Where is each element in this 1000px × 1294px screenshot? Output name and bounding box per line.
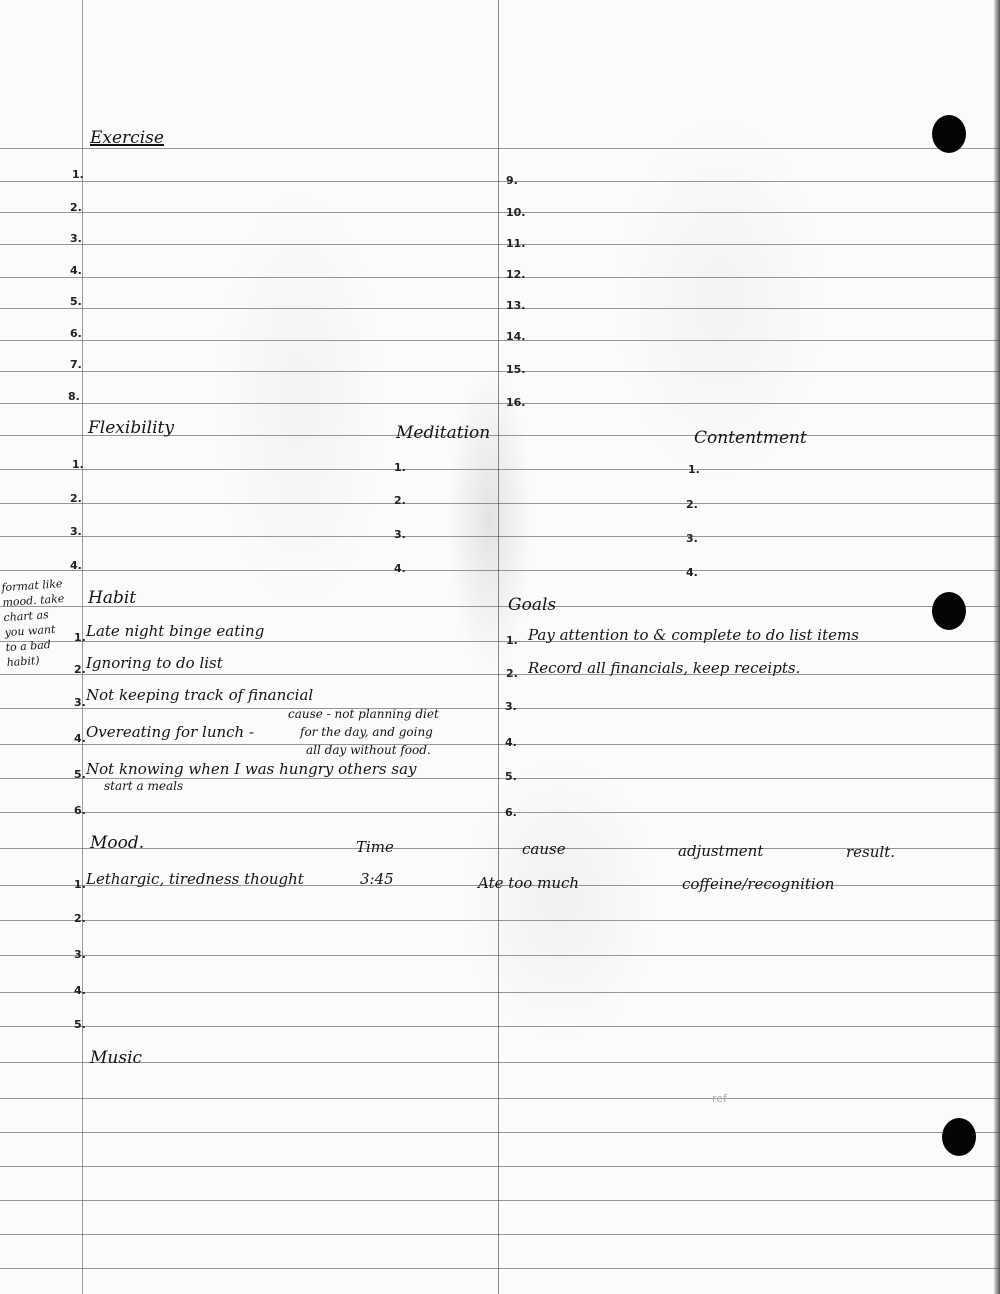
habit-note-line: all day without food. <box>306 744 431 756</box>
ruled-line <box>0 812 1000 813</box>
habit-number: 6. <box>74 804 86 817</box>
mood-column-adjustment: adjustment <box>678 844 763 859</box>
goals-item: Record all financials, keep receipts. <box>528 661 800 676</box>
exercise-heading: Exercise <box>90 130 164 147</box>
exercise-number: 2. <box>70 201 82 214</box>
ruled-line <box>0 148 1000 149</box>
faint-stamp: ref <box>712 1092 727 1105</box>
goals-heading: Goals <box>508 597 556 614</box>
exercise-number: 5. <box>70 295 82 308</box>
exercise-number: 7. <box>70 358 82 371</box>
exercise-number: 8. <box>68 390 80 403</box>
mood-row-number: 1. <box>74 878 86 891</box>
exercise-number: 11. <box>506 237 526 250</box>
habit-item: Ignoring to do list <box>86 656 223 671</box>
flexibility-number: 2. <box>70 492 82 505</box>
meditation-heading: Meditation <box>396 425 490 442</box>
meditation-number: 1. <box>394 461 406 474</box>
ruled-line <box>0 1268 1000 1269</box>
left-margin-line <box>82 0 83 1294</box>
ruled-line <box>0 308 1000 309</box>
mood-cell-time: 3:45 <box>360 872 394 887</box>
exercise-number: 14. <box>506 330 526 343</box>
ruled-line <box>0 1166 1000 1167</box>
binder-hole-bottom <box>942 1118 976 1156</box>
contentment-number: 3. <box>686 532 698 545</box>
center-fold-line <box>498 0 499 1294</box>
mood-row-number: 4. <box>74 984 86 997</box>
mood-heading: Mood. <box>90 835 144 852</box>
goals-item: Pay attention to & complete to do list i… <box>528 628 859 643</box>
ruled-line <box>0 1062 1000 1063</box>
meditation-number: 3. <box>394 528 406 541</box>
contentment-heading: Contentment <box>694 430 807 447</box>
habit-note-line: for the day, and going <box>300 726 433 738</box>
ruled-line <box>0 277 1000 278</box>
exercise-number: 13. <box>506 299 526 312</box>
habit-item-subtext: start a meals <box>104 780 183 792</box>
goals-number: 5. <box>505 770 517 783</box>
paper-sheet: Exercise 1. 2. 3. 4. 5. 6. 7. 8. 9. 10. … <box>0 0 1000 1294</box>
exercise-number: 10. <box>506 206 526 219</box>
mood-row-number: 5. <box>74 1018 86 1031</box>
habit-item: Not knowing when I was hungry others say <box>86 762 417 777</box>
ruled-line <box>0 708 1000 709</box>
ruled-line <box>0 1098 1000 1099</box>
ruled-line <box>0 340 1000 341</box>
habit-number: 2. <box>74 663 86 676</box>
habit-number: 4. <box>74 732 86 745</box>
habit-item: Overeating for lunch - <box>86 725 254 740</box>
exercise-number: 15. <box>506 363 526 376</box>
habit-heading: Habit <box>88 590 136 607</box>
ruled-line <box>0 536 1000 537</box>
habit-number: 5. <box>74 768 86 781</box>
ruled-line <box>0 371 1000 372</box>
habit-item: Late night binge eating <box>86 624 264 639</box>
flexibility-number: 3. <box>70 525 82 538</box>
goals-number: 2. <box>506 667 518 680</box>
goals-number: 4. <box>505 736 517 749</box>
goals-number: 6. <box>505 806 517 819</box>
exercise-number: 4. <box>70 264 82 277</box>
habit-number: 1. <box>74 631 86 644</box>
ruled-line <box>0 1132 1000 1133</box>
contentment-number: 1. <box>688 463 700 476</box>
habit-item: Not keeping track of financial <box>86 688 313 703</box>
mood-column-cause: cause <box>522 842 566 857</box>
meditation-number: 4. <box>394 562 406 575</box>
margin-note: format like mood. take chart as you want… <box>1 576 71 670</box>
mood-row-number: 2. <box>74 912 86 925</box>
mood-cell-cause: Ate too much <box>478 876 579 891</box>
ruled-line <box>0 244 1000 245</box>
ruled-line <box>0 570 1000 571</box>
ruled-line <box>0 606 1000 607</box>
ruled-line <box>0 992 1000 993</box>
ruled-line <box>0 469 1000 470</box>
exercise-number: 16. <box>506 396 526 409</box>
flexibility-number: 4. <box>70 559 82 572</box>
exercise-number: 3. <box>70 232 82 245</box>
ruled-line <box>0 1026 1000 1027</box>
habit-note-line: cause - not planning diet <box>288 708 439 720</box>
mood-column-time: Time <box>356 840 394 855</box>
ruled-line <box>0 674 1000 675</box>
flexibility-number: 1. <box>72 458 84 471</box>
binder-hole-top <box>932 115 966 153</box>
music-heading: Music <box>90 1050 142 1067</box>
ruled-line <box>0 181 1000 182</box>
habit-number: 3. <box>74 696 86 709</box>
ruled-line <box>0 920 1000 921</box>
ruled-line <box>0 1200 1000 1201</box>
mood-column-result: result. <box>846 845 895 860</box>
mood-cell-adjustment: coffeine/recognition <box>682 877 834 892</box>
meditation-number: 2. <box>394 494 406 507</box>
goals-number: 1. <box>506 634 518 647</box>
paper-edge <box>994 0 1000 1294</box>
mood-cell-mood: Lethargic, tiredness thought <box>86 872 304 887</box>
ruled-line <box>0 212 1000 213</box>
flexibility-heading: Flexibility <box>88 420 174 437</box>
exercise-number: 6. <box>70 327 82 340</box>
contentment-number: 4. <box>686 566 698 579</box>
ruled-line <box>0 744 1000 745</box>
ruled-line <box>0 503 1000 504</box>
ruled-line <box>0 955 1000 956</box>
exercise-number: 9. <box>506 174 518 187</box>
ruled-line <box>0 403 1000 404</box>
exercise-number: 1. <box>72 168 84 181</box>
exercise-number: 12. <box>506 268 526 281</box>
goals-number: 3. <box>505 700 517 713</box>
contentment-number: 2. <box>686 498 698 511</box>
mood-row-number: 3. <box>74 948 86 961</box>
binder-hole-middle <box>932 592 966 630</box>
ruled-line <box>0 1234 1000 1235</box>
